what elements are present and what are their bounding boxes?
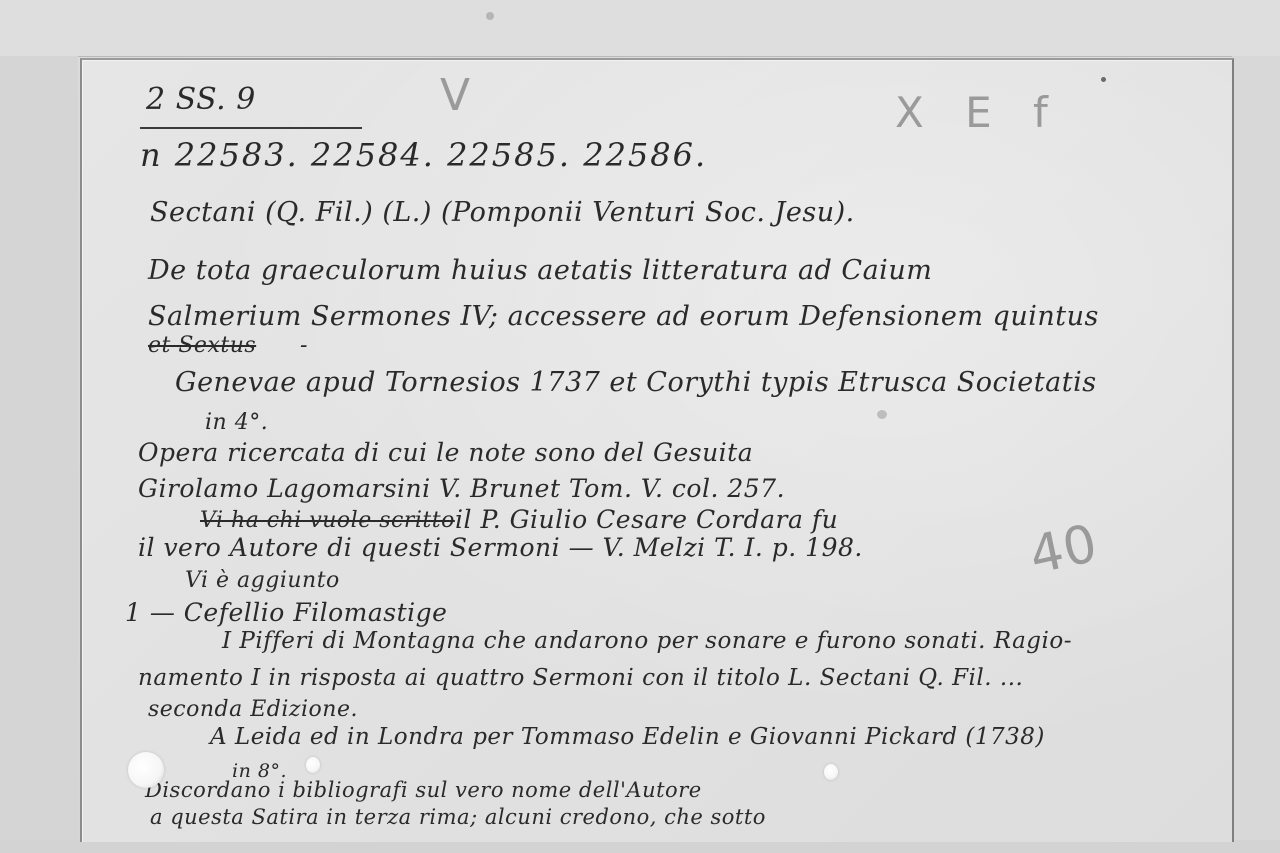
struck-text: et Sextus: [148, 333, 256, 358]
punch-hole: [128, 752, 164, 788]
appended-item-line-3: seconda Edizione.: [148, 697, 358, 722]
inventory-numbers: n 22583. 22584. 22585. 22586.: [140, 136, 707, 174]
punch-hole: [306, 757, 320, 773]
ink-speck: [1101, 77, 1106, 82]
pencil-note: X E f: [895, 88, 1062, 137]
appended-item-line-1: I Pifferi di Montagna che andarono per s…: [222, 628, 1072, 654]
paper-speck: [877, 410, 887, 419]
shelfmark: 2 SS. 9: [146, 82, 256, 117]
punch-hole: [824, 764, 838, 780]
backing-sheet-top: [0, 0, 1280, 57]
scanned-document: 2 SS. 9 V X E f n 22583. 22584. 22585. 2…: [0, 0, 1280, 853]
struck-note: Vi ha chi vuole scritto: [200, 508, 455, 533]
imprint-line-1: Genevae apud Tornesios 1737 et Corythi t…: [175, 367, 1097, 398]
paper-speck: [486, 12, 494, 20]
final-note-line-2: a questa Satira in terza rima; alcuni cr…: [150, 805, 766, 829]
note-line-3: il P. Giulio Cesare Cordara fu: [455, 505, 838, 534]
note-line-4: il vero Autore di questi Sermoni — V. Me…: [138, 533, 863, 562]
title-line-2: Salmerium Sermones IV; accessere ad eoru…: [148, 301, 1099, 332]
final-note-line-1: Discordano i bibliografi sul vero nome d…: [145, 778, 702, 802]
check-mark: V: [440, 70, 471, 121]
title-dash: -: [300, 333, 308, 358]
shelfmark-underline: [140, 127, 362, 129]
appended-item-title: 1 — Cefellio Filomastige: [125, 598, 447, 627]
backing-sheet-right: [1232, 56, 1280, 853]
author-heading: Sectani (Q. Fil.) (L.) (Pomponii Venturi…: [150, 197, 855, 228]
appended-item-line-2: namento I in risposta ai quattro Sermoni…: [138, 665, 1023, 691]
appended-item-imprint: A Leida ed in Londra per Tommaso Edelin …: [210, 724, 1045, 750]
title-line-1: De tota graeculorum huius aetatis litter…: [148, 255, 932, 286]
note-line-5: Vi è aggiunto: [185, 568, 340, 593]
note-line-2: Girolamo Lagomarsini V. Brunet Tom. V. c…: [138, 474, 785, 503]
backing-sheet-left: [0, 56, 78, 853]
imprint-format: in 4°.: [205, 410, 268, 435]
note-line-1: Opera ricercata di cui le note sono del …: [138, 438, 753, 467]
